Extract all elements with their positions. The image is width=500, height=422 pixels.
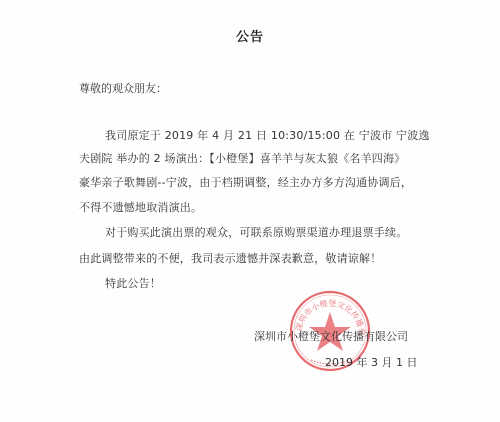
body-line: 由此调整带来的不便，我司表示遗憾并深表歉意，敬请谅解！ — [79, 250, 381, 266]
body-line: 夫剧院 举办的 2 场演出：【小橙堡】喜羊羊与灰太狼《名羊四海》 — [79, 150, 405, 166]
announcement-page: 公告 尊敬的观众朋友： 我司原定于 2019 年 4 月 21 日 10:30/… — [0, 0, 500, 422]
greeting: 尊敬的观众朋友： — [79, 80, 167, 96]
body-line: 豪华亲子歌舞剧--宁波，由于档期调整，经主办方多方沟通协调后， — [79, 174, 412, 190]
closing-line: 特此公告！ — [105, 275, 161, 291]
signature-date: 2019 年 3 月 1 日 — [325, 354, 417, 370]
body-line: 我司原定于 2019 年 4 月 21 日 10:30/15:00 在 宁波市 … — [105, 127, 430, 143]
body-line: 对于购买此演出票的观众，可联系原购票渠道办理退票手续。 — [105, 224, 407, 240]
body-line: 不得不遗憾地取消演出。 — [79, 199, 202, 215]
company-name: 深圳市小橙堡文化传播有限公司 — [254, 328, 408, 344]
page-title: 公告 — [0, 26, 500, 45]
